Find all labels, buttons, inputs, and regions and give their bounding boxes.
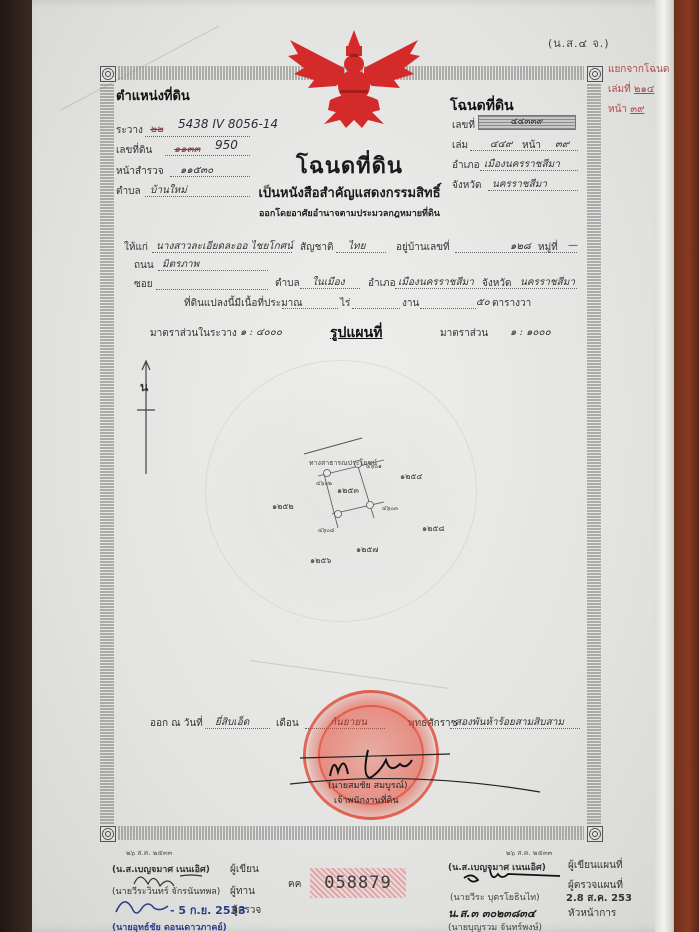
map-marker-2: ๔๖๐๒ xyxy=(316,478,332,488)
split-note: แยกจากโฉนด เล่มที่ ๒๑๔ หน้า ๓๙ xyxy=(608,60,669,120)
map-neighbor-5: ๑๒๕๖ xyxy=(310,554,331,567)
issue-month-label: เดือน xyxy=(276,716,299,731)
wood-background-right xyxy=(672,0,699,932)
road-label: ถนน xyxy=(134,258,154,273)
map-neighbor-2: ๑๒๕๒ xyxy=(272,500,294,513)
owner-name-line xyxy=(152,252,292,253)
rawang-new-value: 5438 IV 8056-14 xyxy=(178,117,278,131)
map-marker-3: ๔๖๐๓ xyxy=(382,503,398,513)
wa-line xyxy=(420,308,476,309)
document-title: โฉนดที่ดิน xyxy=(0,148,699,183)
owner-amphoe-label: อำเภอ xyxy=(368,276,396,291)
road-line xyxy=(158,270,268,271)
rawang-scale-label: มาตราส่วนในระวาง xyxy=(150,326,237,341)
wa-value: ๕๐ xyxy=(476,295,490,310)
inspector-name: (นายอุทธ์ชัย ดอนเดาวภาคย์) xyxy=(112,920,227,932)
rawang-scale-value: ๑ : ๔๐๐๐ xyxy=(240,325,282,340)
soi-line xyxy=(156,289,268,290)
date-written-suffix: ผู้ตรวจ xyxy=(232,903,261,918)
right-stamp-date: ๒๖ ส.ค. ๒๕๓๓ xyxy=(506,848,552,859)
corner-ornament-icon xyxy=(100,826,116,842)
ngan-line xyxy=(352,308,400,309)
garuda-emblem-icon xyxy=(284,28,424,132)
corner-ornament-icon xyxy=(587,826,603,842)
rai-label: ไร่ xyxy=(340,296,350,311)
north-label: น xyxy=(140,378,148,397)
map-parcel-center: ๑๒๕๓ xyxy=(337,484,359,497)
rawang-label: ระวาง xyxy=(116,123,143,138)
map-neighbor-1: ๑๒๕๔ xyxy=(400,470,422,483)
issue-year-line xyxy=(450,728,580,729)
issue-day-line xyxy=(205,728,270,729)
map-marker-4: ๔๖๐๔ xyxy=(318,525,335,535)
map-title: รูปแผนที่ xyxy=(330,322,382,344)
left-stamp-date: ๒๖ ส.ค. ๒๕๓๓ xyxy=(126,848,172,859)
writer-role: ผู้เขียน xyxy=(230,862,259,877)
map-check-date: 2.8 ส.ค. 253 xyxy=(566,891,632,906)
split-note-line1: แยกจากโฉนด xyxy=(608,60,669,80)
corner-ornament-icon xyxy=(587,66,603,82)
house-number-line xyxy=(455,252,577,253)
map-marker-1: ๔๖๐๑ xyxy=(366,461,382,471)
nationality-line xyxy=(336,252,386,253)
owner-location-line xyxy=(395,288,577,289)
ngan-label: งาน xyxy=(402,296,419,311)
serial-prefix: ฅฅ xyxy=(288,877,301,892)
paper-folded-edge xyxy=(655,0,673,932)
split-note-line2: เล่มที่ ๒๑๔ xyxy=(608,80,669,100)
split-note-line3: หน้า ๓๙ xyxy=(608,100,669,120)
deed-heading: โฉนดที่ดิน xyxy=(450,95,514,117)
document-subtitle: เป็นหนังสือสำคัญแสดงกรรมสิทธิ์ xyxy=(0,182,699,203)
officer-name: (นายสมชัย สมบูรณ์) xyxy=(328,778,408,792)
map-scale-value: ๑ : ๑๐๐๐ xyxy=(510,325,551,340)
deed-number-value: ๔๔๓๓๙ xyxy=(478,115,576,130)
form-code: (น.ส.๔ จ.) xyxy=(548,34,610,52)
map-checker-signature xyxy=(460,866,570,886)
wa-label: ตารางวา xyxy=(492,296,531,311)
deed-number-label: เลขที่ xyxy=(452,118,475,133)
map-neighbor-3: ๑๒๕๗ xyxy=(356,543,378,556)
head-role: หัวหน้าการ xyxy=(568,906,616,921)
corner-ornament-icon xyxy=(100,66,116,82)
rawang-old-value: ๒๒ xyxy=(150,122,163,137)
soi-label: ซอย xyxy=(134,277,153,292)
checker-role: ผู้ทาน xyxy=(230,884,255,899)
map-checker-name: (นายวีระ บุตรโยธินไท) xyxy=(450,890,540,904)
inspector-signature xyxy=(112,896,172,918)
issued-by-text: ออกโดยอาศัยอำนาจตามประมวลกฎหมายที่ดิน xyxy=(0,206,699,220)
land-location-heading: ตำแหน่งที่ดิน xyxy=(116,85,190,106)
rawang-line xyxy=(145,136,250,137)
house-number-label: อยู่บ้านเลขที่ xyxy=(396,240,450,255)
mapper-role: ผู้เขียนแผนที่ xyxy=(568,858,623,873)
owner-tambon-line xyxy=(300,288,360,289)
owner-tambon-label: ตำบล xyxy=(275,276,300,291)
serial-number: 058879 xyxy=(310,868,406,898)
nationality-label: สัญชาติ xyxy=(300,240,334,255)
owner-to-label: ให้แก่ xyxy=(124,240,148,255)
head-name: (นายบุญรวม จันทร์พงษ์) xyxy=(448,920,542,932)
map-scale-label: มาตราส่วน xyxy=(440,326,488,341)
moo-value: — xyxy=(568,240,578,251)
microtext-bottom xyxy=(118,826,584,840)
officer-title: เจ้าพนักงานที่ดิน xyxy=(334,793,398,807)
wood-background-left xyxy=(0,0,34,932)
map-neighbor-4: ๑๒๕๘ xyxy=(422,522,445,535)
issue-date-label: ออก ณ วันที่ xyxy=(150,716,203,731)
rai-line xyxy=(282,308,338,309)
north-arrow-icon xyxy=(136,358,156,476)
